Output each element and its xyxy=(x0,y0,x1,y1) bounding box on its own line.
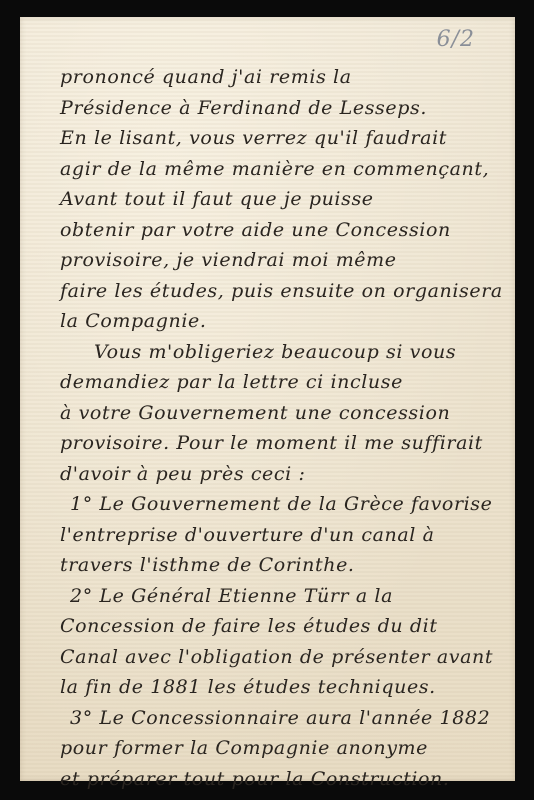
text-line: Canal avec l'obligation de présenter ava… xyxy=(60,642,515,673)
text-line: faire les études, puis ensuite on organi… xyxy=(60,276,515,307)
folio-number: 6/2 xyxy=(437,27,475,52)
text-line: demandiez par la lettre ci incluse xyxy=(60,367,515,398)
paragraph-start-line: Vous m'obligeriez beaucoup si vous xyxy=(60,337,515,368)
text-line: provisoire. Pour le moment il me suffira… xyxy=(60,428,515,459)
text-line: la Compagnie. xyxy=(60,306,515,337)
text-line: Avant tout il faut que je puisse xyxy=(60,184,515,215)
text-line: obtenir par votre aide une Concession xyxy=(60,215,515,246)
text-line: d'avoir à peu près ceci : xyxy=(60,459,515,490)
text-line: à votre Gouvernement une concession xyxy=(60,398,515,429)
text-line: provisoire, je viendrai moi même xyxy=(60,245,515,276)
numbered-item-2: 2° Le Général Etienne Türr a la xyxy=(60,581,515,612)
text-line: pour former la Compagnie anonyme xyxy=(60,733,515,764)
numbered-item-3: 3° Le Concessionnaire aura l'année 1882 xyxy=(60,703,515,734)
numbered-item-1: 1° Le Gouvernement de la Grèce favorise xyxy=(60,489,515,520)
letter-page: 6/2 prononcé quand j'ai remis la Préside… xyxy=(20,17,515,781)
text-line: travers l'isthme de Corinthe. xyxy=(60,550,515,581)
text-line: prononcé quand j'ai remis la xyxy=(60,62,515,93)
text-line: l'entreprise d'ouverture d'un canal à xyxy=(60,520,515,551)
text-line: agir de la même manière en commençant, xyxy=(60,154,515,185)
letter-body: prononcé quand j'ai remis la Présidence … xyxy=(60,62,515,794)
text-line: et préparer tout pour la Construction. xyxy=(60,764,515,795)
text-line: Concession de faire les études du dit xyxy=(60,611,515,642)
text-line: Présidence à Ferdinand de Lesseps. xyxy=(60,93,515,124)
scan-frame: 6/2 prononcé quand j'ai remis la Préside… xyxy=(0,0,534,800)
text-line: En le lisant, vous verrez qu'il faudrait xyxy=(60,123,515,154)
text-line: la fin de 1881 les études techniques. xyxy=(60,672,515,703)
